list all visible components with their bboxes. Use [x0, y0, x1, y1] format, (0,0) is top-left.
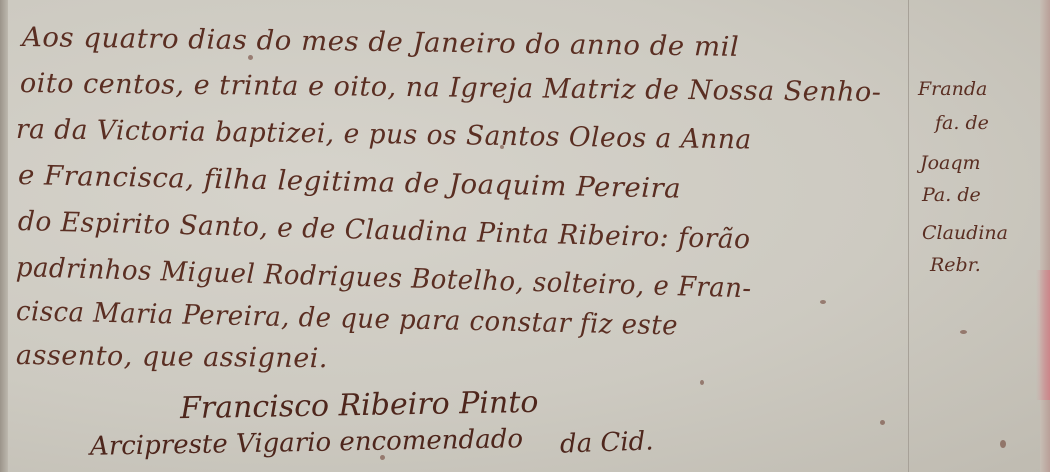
record-line-4: e Francisca, filha legitima de Joaquim P…: [18, 160, 682, 205]
margin-note-2: fa. de: [935, 112, 989, 134]
signature-priest-title: Arcipreste Vigario encomendado: [90, 424, 523, 462]
record-line-5: do Espirito Santo, e de Claudina Pinta R…: [18, 206, 751, 255]
record-line-2: oito centos, e trinta e oito, na Igreja …: [20, 68, 882, 108]
margin-note-3: Joaqm: [920, 152, 981, 174]
record-line-6: padrinhos Miguel Rodrigues Botelho, solt…: [16, 252, 752, 304]
signature-title-suffix: da Cid.: [560, 426, 655, 459]
margin-note-6: Rebr.: [930, 254, 981, 276]
margin-note-4: Pa. de: [922, 184, 981, 206]
margin-note-1: Franda: [918, 78, 987, 100]
margin-rule-line: [908, 0, 909, 472]
page-left-edge: [0, 0, 8, 472]
signature-priest-name: Francisco Ribeiro Pinto: [180, 385, 539, 426]
record-line-1: Aos quatro dias do mes de Janeiro do ann…: [22, 22, 740, 63]
ink-speck: [820, 300, 826, 304]
page-right-edge: [1040, 0, 1050, 472]
ink-speck: [1000, 440, 1006, 448]
ink-speck: [248, 55, 253, 60]
ink-speck: [380, 455, 385, 460]
record-line-8: assento, que assignei.: [16, 340, 328, 374]
ink-speck: [960, 330, 967, 334]
record-line-3: ra da Victoria baptizei, e pus os Santos…: [16, 114, 752, 155]
ink-speck: [700, 380, 704, 385]
margin-note-5: Claudina: [922, 222, 1008, 244]
manuscript-page: Aos quatro dias do mes de Janeiro do ann…: [0, 0, 1050, 472]
ink-speck: [500, 145, 504, 149]
record-line-7: cisca Maria Pereira, de que para constar…: [16, 296, 679, 341]
ink-speck: [880, 420, 885, 425]
edge-stain: [1036, 270, 1050, 400]
